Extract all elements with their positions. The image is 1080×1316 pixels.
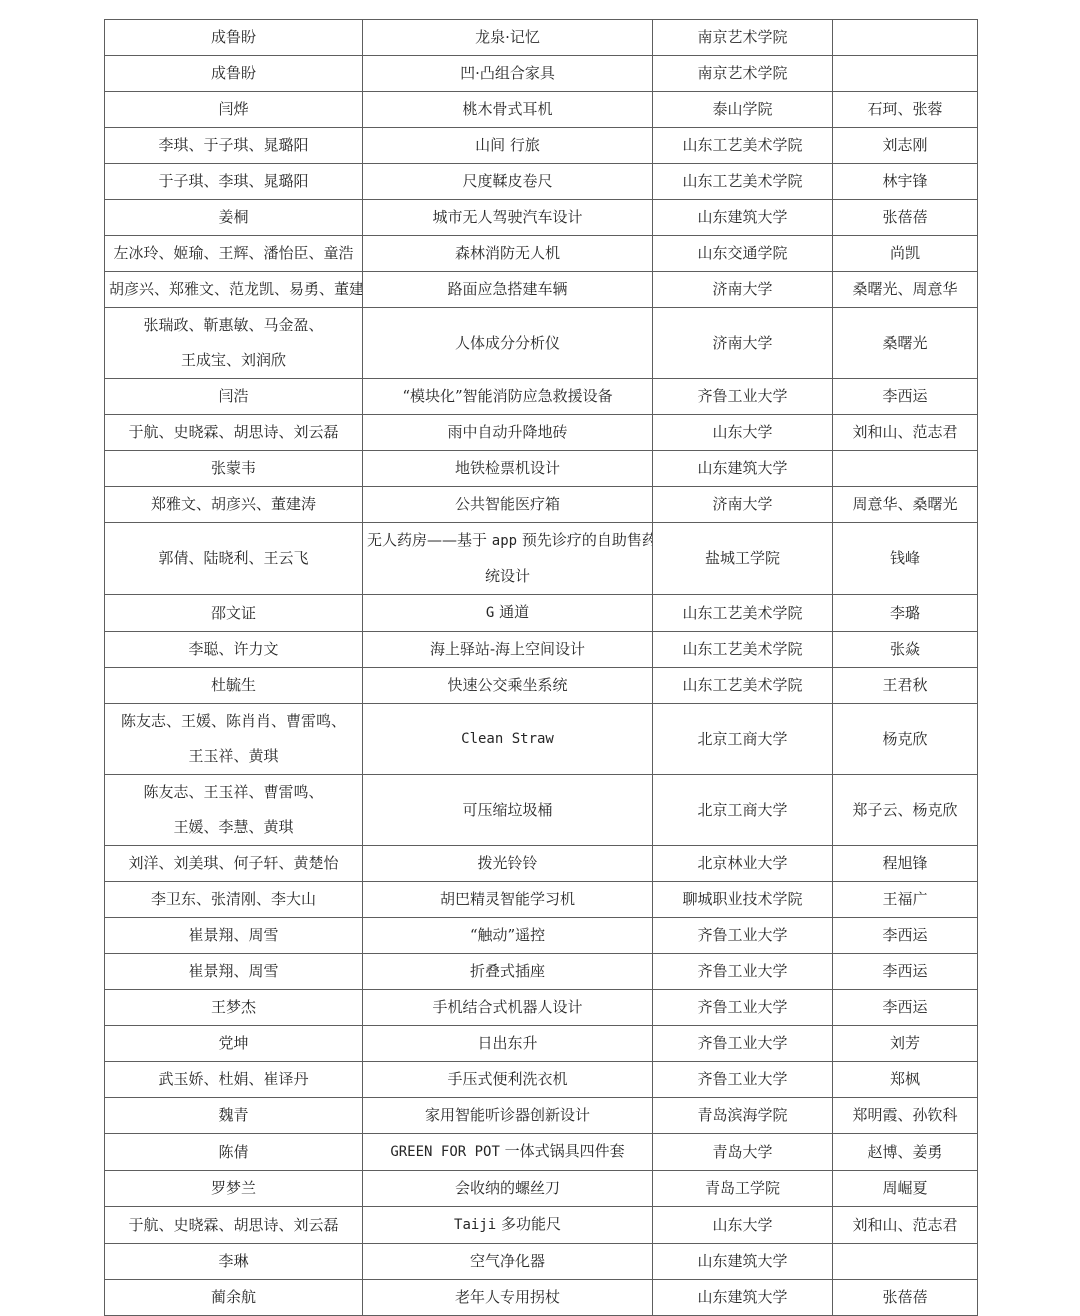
cell-text-line: 尚凯	[837, 236, 973, 271]
work-title-cell: Clean Straw	[363, 704, 653, 775]
cell-text-line: 齐鲁工业大学	[657, 954, 828, 989]
cell-text-line: 林宇锋	[837, 164, 973, 199]
cell-text-line: 可压缩垃圾桶	[367, 793, 648, 828]
cell-text-line: 海上驿站-海上空间设计	[367, 632, 648, 667]
cell-text-line: 聊城职业技术学院	[657, 882, 828, 917]
work-title-cell: 路面应急搭建车辆	[363, 272, 653, 308]
cell-text-line: 南京艺术学院	[657, 56, 828, 91]
cell-text-line: 无人药房——基于 app 预先诊疗的自助售药系	[367, 523, 648, 559]
school-cell: 齐鲁工业大学	[653, 954, 833, 990]
table-row: 胡彦兴、郑雅文、范龙凯、易勇、董建涛路面应急搭建车辆济南大学桑曙光、周意华	[105, 272, 978, 308]
cell-text-line: “模块化”智能消防应急救援设备	[367, 379, 648, 414]
work-title-cell: 城市无人驾驶汽车设计	[363, 200, 653, 236]
school-cell: 齐鲁工业大学	[653, 379, 833, 415]
work-title-cell: 会收纳的螺丝刀	[363, 1171, 653, 1207]
table-row: 成鲁盼凹·凸组合家具南京艺术学院	[105, 56, 978, 92]
table-row: 陈友志、王玉祥、曹雷鸣、王媛、李慧、黄琪可压缩垃圾桶北京工商大学郑子云、杨克欣	[105, 775, 978, 846]
cell-text-line: 凹·凸组合家具	[367, 56, 648, 91]
advisor-cell	[833, 56, 978, 92]
advisor-cell	[833, 451, 978, 487]
cell-text-line: Clean Straw	[367, 721, 648, 757]
advisor-cell: 刘芳	[833, 1026, 978, 1062]
cell-text-line: 李西运	[837, 990, 973, 1025]
cell-text-line: 北京林业大学	[657, 846, 828, 881]
cell-text-line: 李琳	[109, 1244, 358, 1279]
participants-cell: 郑雅文、胡彦兴、董建涛	[105, 487, 363, 523]
cell-text-line: 于航、史晓霖、胡思诗、刘云磊	[109, 1208, 358, 1243]
cell-text-line: Taiji 多功能尺	[367, 1207, 648, 1243]
advisor-cell: 王福广	[833, 882, 978, 918]
participants-cell: 左冰玲、姬瑜、王辉、潘怡臣、童浩	[105, 236, 363, 272]
school-cell: 齐鲁工业大学	[653, 1062, 833, 1098]
cell-text-line: 张蓓蓓	[837, 200, 973, 235]
cell-text-line: 青岛大学	[657, 1135, 828, 1170]
participants-cell: 李琳	[105, 1244, 363, 1280]
table-row: 崔景翔、周雪“触动”遥控齐鲁工业大学李西运	[105, 918, 978, 954]
table-row: 姜桐城市无人驾驶汽车设计山东建筑大学张蓓蓓	[105, 200, 978, 236]
cell-text-line: 闫烨	[109, 92, 358, 127]
cell-text-line: 李西运	[837, 379, 973, 414]
participants-cell: 崔景翔、周雪	[105, 954, 363, 990]
school-cell: 山东建筑大学	[653, 451, 833, 487]
cell-text-line: 山东大学	[657, 415, 828, 450]
cell-text-line: 齐鲁工业大学	[657, 379, 828, 414]
cell-text-line: 山东工艺美术学院	[657, 632, 828, 667]
school-cell: 北京工商大学	[653, 775, 833, 846]
cell-text-line: 罗梦兰	[109, 1171, 358, 1206]
cell-text-line: 快速公交乘坐系统	[367, 668, 648, 703]
cell-text-line	[837, 1244, 973, 1279]
participants-cell: 张瑞政、靳惠敏、马金盈、王成宝、刘润欣	[105, 308, 363, 379]
work-title-cell: 胡巴精灵智能学习机	[363, 882, 653, 918]
work-title-cell: 可压缩垃圾桶	[363, 775, 653, 846]
school-cell: 山东工艺美术学院	[653, 632, 833, 668]
cell-text-line: 山东交通学院	[657, 236, 828, 271]
school-cell: 盐城工学院	[653, 523, 833, 595]
school-cell: 山东大学	[653, 415, 833, 451]
advisor-cell: 杨克欣	[833, 704, 978, 775]
work-title-cell: 快速公交乘坐系统	[363, 668, 653, 704]
cell-text-line: 山东工艺美术学院	[657, 128, 828, 163]
advisor-cell: 李西运	[833, 990, 978, 1026]
participants-cell: 武玉娇、杜娟、崔译丹	[105, 1062, 363, 1098]
cell-text-line: 王君秋	[837, 668, 973, 703]
participants-cell: 刘洋、刘美琪、何子轩、黄楚怡	[105, 846, 363, 882]
cell-text-line: 崔景翔、周雪	[109, 918, 358, 953]
cell-text-line: 南京艺术学院	[657, 20, 828, 55]
cell-text-line: 于子琪、李琪、晁璐阳	[109, 164, 358, 199]
advisor-cell: 刘志刚	[833, 128, 978, 164]
participants-cell: 胡彦兴、郑雅文、范龙凯、易勇、董建涛	[105, 272, 363, 308]
participants-cell: 闫烨	[105, 92, 363, 128]
cell-text-line: 陈倩	[109, 1135, 358, 1170]
cell-text-line: 党坤	[109, 1026, 358, 1061]
cell-text-line: 山东工艺美术学院	[657, 668, 828, 703]
table-row: 张蒙韦地铁检票机设计山东建筑大学	[105, 451, 978, 487]
advisor-cell: 周崛夏	[833, 1171, 978, 1207]
advisor-cell: 张蓓蓓	[833, 1280, 978, 1316]
cell-text-line: 齐鲁工业大学	[657, 1062, 828, 1097]
advisor-cell: 郑子云、杨克欣	[833, 775, 978, 846]
work-title-cell: 森林消防无人机	[363, 236, 653, 272]
table-row: 闫浩“模块化”智能消防应急救援设备齐鲁工业大学李西运	[105, 379, 978, 415]
advisor-cell	[833, 1244, 978, 1280]
advisor-cell: 李西运	[833, 954, 978, 990]
cell-text-line: 齐鲁工业大学	[657, 918, 828, 953]
cell-text-line: 程旭锋	[837, 846, 973, 881]
school-cell: 青岛大学	[653, 1134, 833, 1171]
cell-text-line: 胡巴精灵智能学习机	[367, 882, 648, 917]
school-cell: 青岛工学院	[653, 1171, 833, 1207]
cell-text-line: 周崛夏	[837, 1171, 973, 1206]
work-title-cell: 家用智能听诊器创新设计	[363, 1098, 653, 1134]
document-page: 成鲁盼龙泉·记忆南京艺术学院 成鲁盼凹·凸组合家具南京艺术学院 闫烨桃木骨式耳机…	[0, 0, 1080, 1288]
participants-cell: 于子琪、李琪、晁璐阳	[105, 164, 363, 200]
table-row: 武玉娇、杜娟、崔译丹手压式便利洗衣机齐鲁工业大学郑枫	[105, 1062, 978, 1098]
cell-text-line: 钱峰	[837, 541, 973, 576]
participants-cell: 张蒙韦	[105, 451, 363, 487]
cell-text-line: 山东建筑大学	[657, 1280, 828, 1315]
cell-text-line	[837, 451, 973, 486]
participants-cell: 陈友志、王玉祥、曹雷鸣、王媛、李慧、黄琪	[105, 775, 363, 846]
advisor-cell: 林宇锋	[833, 164, 978, 200]
table-row: 郭倩、陆晓利、王云飞无人药房——基于 app 预先诊疗的自助售药系统设计盐城工学…	[105, 523, 978, 595]
school-cell: 山东建筑大学	[653, 1280, 833, 1316]
cell-text-line: 山东建筑大学	[657, 200, 828, 235]
advisor-cell: 张焱	[833, 632, 978, 668]
cell-text-line: 左冰玲、姬瑜、王辉、潘怡臣、童浩	[109, 236, 358, 271]
advisor-cell: 桑曙光	[833, 308, 978, 379]
cell-text-line: 张瑞政、靳惠敏、马金盈、	[109, 308, 358, 343]
cell-text-line: 统设计	[367, 559, 648, 594]
school-cell: 齐鲁工业大学	[653, 990, 833, 1026]
cell-text-line: 盐城工学院	[657, 541, 828, 576]
cell-text-line: G 通道	[367, 595, 648, 631]
cell-text-line: 张蒙韦	[109, 451, 358, 486]
work-title-cell: 桃木骨式耳机	[363, 92, 653, 128]
table-row: 魏青家用智能听诊器创新设计青岛滨海学院郑明霞、孙钦科	[105, 1098, 978, 1134]
cell-text-line: 陈友志、王玉祥、曹雷鸣、	[109, 775, 358, 810]
cell-text-line: 手压式便利洗衣机	[367, 1062, 648, 1097]
cell-text-line: 李聪、许力文	[109, 632, 358, 667]
participants-cell: 杜毓生	[105, 668, 363, 704]
cell-text-line: 龙泉·记忆	[367, 20, 648, 55]
work-title-cell: 龙泉·记忆	[363, 20, 653, 56]
cell-text-line: 刘和山、范志君	[837, 415, 973, 450]
cell-text-line: 家用智能听诊器创新设计	[367, 1098, 648, 1133]
work-title-cell: 凹·凸组合家具	[363, 56, 653, 92]
cell-text-line: 路面应急搭建车辆	[367, 272, 648, 307]
school-cell: 南京艺术学院	[653, 20, 833, 56]
cell-text-line: 拨光铃铃	[367, 846, 648, 881]
cell-text-line: 泰山学院	[657, 92, 828, 127]
cell-text-line: 山东工艺美术学院	[657, 596, 828, 631]
school-cell: 北京工商大学	[653, 704, 833, 775]
table-row: 李聪、许力文海上驿站-海上空间设计山东工艺美术学院张焱	[105, 632, 978, 668]
work-title-cell: 手压式便利洗衣机	[363, 1062, 653, 1098]
cell-text-line	[837, 20, 973, 55]
work-title-cell: 地铁检票机设计	[363, 451, 653, 487]
cell-text-line: 张蓓蓓	[837, 1280, 973, 1315]
cell-text-line: 周意华、桑曙光	[837, 487, 973, 522]
cell-text-line: 桑曙光、周意华	[837, 272, 973, 307]
advisor-cell: 钱峰	[833, 523, 978, 595]
advisor-cell: 尚凯	[833, 236, 978, 272]
cell-text-line: 地铁检票机设计	[367, 451, 648, 486]
table-row: 闫烨桃木骨式耳机泰山学院石珂、张蓉	[105, 92, 978, 128]
table-row: 崔景翔、周雪折叠式插座齐鲁工业大学李西运	[105, 954, 978, 990]
work-title-cell: 海上驿站-海上空间设计	[363, 632, 653, 668]
participants-cell: 郭倩、陆晓利、王云飞	[105, 523, 363, 595]
advisor-cell: 李西运	[833, 379, 978, 415]
cell-text-line: 李璐	[837, 596, 973, 631]
advisor-cell: 刘和山、范志君	[833, 1207, 978, 1244]
cell-text-line: “触动”遥控	[367, 918, 648, 953]
table-body: 成鲁盼龙泉·记忆南京艺术学院 成鲁盼凹·凸组合家具南京艺术学院 闫烨桃木骨式耳机…	[105, 20, 978, 1316]
participants-cell: 王梦杰	[105, 990, 363, 1026]
work-title-cell: 拨光铃铃	[363, 846, 653, 882]
cell-text-line: 李琪、于子琪、晁璐阳	[109, 128, 358, 163]
school-cell: 泰山学院	[653, 92, 833, 128]
cell-text-line: 刘洋、刘美琪、何子轩、黄楚怡	[109, 846, 358, 881]
cell-text-line: 桑曙光	[837, 326, 973, 361]
cell-text-line: 郑明霞、孙钦科	[837, 1098, 973, 1133]
school-cell: 山东工艺美术学院	[653, 668, 833, 704]
advisor-cell: 周意华、桑曙光	[833, 487, 978, 523]
advisor-cell: 李西运	[833, 918, 978, 954]
table-row: 于航、史晓霖、胡思诗、刘云磊Taiji 多功能尺山东大学刘和山、范志君	[105, 1207, 978, 1244]
table-row: 张瑞政、靳惠敏、马金盈、王成宝、刘润欣人体成分分析仪济南大学桑曙光	[105, 308, 978, 379]
school-cell: 山东大学	[653, 1207, 833, 1244]
cell-text-line: 森林消防无人机	[367, 236, 648, 271]
school-cell: 山东交通学院	[653, 236, 833, 272]
cell-text-line: 齐鲁工业大学	[657, 990, 828, 1025]
work-title-cell: Taiji 多功能尺	[363, 1207, 653, 1244]
cell-text-line: 李卫东、张清刚、李大山	[109, 882, 358, 917]
cell-text-line: 济南大学	[657, 487, 828, 522]
advisor-cell: 程旭锋	[833, 846, 978, 882]
advisor-cell: 郑明霞、孙钦科	[833, 1098, 978, 1134]
cell-text-line: 郑子云、杨克欣	[837, 793, 973, 828]
cell-text-line: 山东大学	[657, 1208, 828, 1243]
work-title-cell: 手机结合式机器人设计	[363, 990, 653, 1026]
cell-text-line: 王成宝、刘润欣	[109, 343, 358, 378]
cell-text-line: 齐鲁工业大学	[657, 1026, 828, 1061]
cell-text-line: 日出东升	[367, 1026, 648, 1061]
advisor-cell: 张蓓蓓	[833, 200, 978, 236]
cell-text-line: 雨中自动升降地砖	[367, 415, 648, 450]
cell-text-line: 王媛、李慧、黄琪	[109, 810, 358, 845]
cell-text-line: 郑枫	[837, 1062, 973, 1097]
participants-cell: 姜桐	[105, 200, 363, 236]
work-title-cell: GREEN FOR POT 一体式锅具四件套	[363, 1134, 653, 1171]
advisor-cell: 李璐	[833, 595, 978, 632]
participants-cell: 陈友志、王媛、陈肖肖、曹雷鸣、王玉祥、黄琪	[105, 704, 363, 775]
school-cell: 山东建筑大学	[653, 1244, 833, 1280]
table-row: 成鲁盼龙泉·记忆南京艺术学院	[105, 20, 978, 56]
cell-text-line: 手机结合式机器人设计	[367, 990, 648, 1025]
participants-cell: 罗梦兰	[105, 1171, 363, 1207]
cell-text-line: 刘和山、范志君	[837, 1208, 973, 1243]
table-row: 于子琪、李琪、晁璐阳尺度鞣皮卷尺山东工艺美术学院林宇锋	[105, 164, 978, 200]
participants-cell: 闫浩	[105, 379, 363, 415]
cell-text-line: 刘志刚	[837, 128, 973, 163]
work-title-cell: “模块化”智能消防应急救援设备	[363, 379, 653, 415]
work-title-cell: 雨中自动升降地砖	[363, 415, 653, 451]
table-row: 蔺余航老年人专用拐杖山东建筑大学张蓓蓓	[105, 1280, 978, 1316]
school-cell: 济南大学	[653, 487, 833, 523]
cell-text-line: 成鲁盼	[109, 56, 358, 91]
table-row: 陈倩GREEN FOR POT 一体式锅具四件套青岛大学赵博、姜勇	[105, 1134, 978, 1171]
work-title-cell: G 通道	[363, 595, 653, 632]
table-row: 王梦杰手机结合式机器人设计齐鲁工业大学李西运	[105, 990, 978, 1026]
school-cell: 山东工艺美术学院	[653, 164, 833, 200]
cell-text-line: 崔景翔、周雪	[109, 954, 358, 989]
work-title-cell: 人体成分分析仪	[363, 308, 653, 379]
table-row: 陈友志、王媛、陈肖肖、曹雷鸣、王玉祥、黄琪Clean Straw北京工商大学杨克…	[105, 704, 978, 775]
participants-cell: 崔景翔、周雪	[105, 918, 363, 954]
cell-text-line: 杨克欣	[837, 722, 973, 757]
school-cell: 山东建筑大学	[653, 200, 833, 236]
work-title-cell: 折叠式插座	[363, 954, 653, 990]
school-cell: 聊城职业技术学院	[653, 882, 833, 918]
participants-cell: 邵文证	[105, 595, 363, 632]
cell-text-line: 济南大学	[657, 326, 828, 361]
cell-text-line: 山东建筑大学	[657, 451, 828, 486]
cell-text-line: 赵博、姜勇	[837, 1135, 973, 1170]
table-row: 刘洋、刘美琪、何子轩、黄楚怡拨光铃铃北京林业大学程旭锋	[105, 846, 978, 882]
cell-text-line: 胡彦兴、郑雅文、范龙凯、易勇、董建涛	[109, 272, 358, 307]
participants-cell: 于航、史晓霖、胡思诗、刘云磊	[105, 1207, 363, 1244]
cell-text-line: GREEN FOR POT 一体式锅具四件套	[367, 1134, 648, 1170]
cell-text-line: 老年人专用拐杖	[367, 1280, 648, 1315]
cell-text-line: 杜毓生	[109, 668, 358, 703]
school-cell: 青岛滨海学院	[653, 1098, 833, 1134]
school-cell: 南京艺术学院	[653, 56, 833, 92]
work-title-cell: 日出东升	[363, 1026, 653, 1062]
participants-cell: 李聪、许力文	[105, 632, 363, 668]
work-title-cell: 无人药房——基于 app 预先诊疗的自助售药系统设计	[363, 523, 653, 595]
table-row: 李卫东、张清刚、李大山胡巴精灵智能学习机聊城职业技术学院王福广	[105, 882, 978, 918]
cell-text-line: 山东工艺美术学院	[657, 164, 828, 199]
cell-text-line: 公共智能医疗箱	[367, 487, 648, 522]
work-title-cell: “触动”遥控	[363, 918, 653, 954]
advisor-cell: 赵博、姜勇	[833, 1134, 978, 1171]
cell-text-line: 北京工商大学	[657, 722, 828, 757]
advisor-cell: 刘和山、范志君	[833, 415, 978, 451]
work-title-cell: 老年人专用拐杖	[363, 1280, 653, 1316]
cell-text-line: 空气净化器	[367, 1244, 648, 1279]
participants-cell: 陈倩	[105, 1134, 363, 1171]
school-cell: 山东工艺美术学院	[653, 128, 833, 164]
cell-text-line: 石珂、张蓉	[837, 92, 973, 127]
participants-cell: 成鲁盼	[105, 56, 363, 92]
school-cell: 齐鲁工业大学	[653, 1026, 833, 1062]
table-row: 李琪、于子琪、晁璐阳山间 行旅山东工艺美术学院刘志刚	[105, 128, 978, 164]
participants-cell: 李琪、于子琪、晁璐阳	[105, 128, 363, 164]
cell-text-line: 于航、史晓霖、胡思诗、刘云磊	[109, 415, 358, 450]
cell-text-line: 郭倩、陆晓利、王云飞	[109, 541, 358, 576]
work-title-cell: 空气净化器	[363, 1244, 653, 1280]
cell-text-line: 山间 行旅	[367, 128, 648, 163]
participants-cell: 于航、史晓霖、胡思诗、刘云磊	[105, 415, 363, 451]
cell-text-line: 济南大学	[657, 272, 828, 307]
cell-text-line: 人体成分分析仪	[367, 326, 648, 361]
cell-text-line: 城市无人驾驶汽车设计	[367, 200, 648, 235]
work-title-cell: 山间 行旅	[363, 128, 653, 164]
cell-text-line: 王梦杰	[109, 990, 358, 1025]
cell-text-line: 刘芳	[837, 1026, 973, 1061]
cell-text-line: 青岛工学院	[657, 1171, 828, 1206]
cell-text-line	[837, 56, 973, 91]
school-cell: 济南大学	[653, 272, 833, 308]
participants-cell: 成鲁盼	[105, 20, 363, 56]
cell-text-line: 王福广	[837, 882, 973, 917]
advisor-cell: 桑曙光、周意华	[833, 272, 978, 308]
cell-text-line: 成鲁盼	[109, 20, 358, 55]
school-cell: 山东工艺美术学院	[653, 595, 833, 632]
school-cell: 济南大学	[653, 308, 833, 379]
table-row: 罗梦兰会收纳的螺丝刀青岛工学院周崛夏	[105, 1171, 978, 1207]
work-title-cell: 公共智能医疗箱	[363, 487, 653, 523]
table-row: 于航、史晓霖、胡思诗、刘云磊雨中自动升降地砖山东大学刘和山、范志君	[105, 415, 978, 451]
participants-cell: 蔺余航	[105, 1280, 363, 1316]
award-entries-table: 成鲁盼龙泉·记忆南京艺术学院 成鲁盼凹·凸组合家具南京艺术学院 闫烨桃木骨式耳机…	[104, 19, 978, 1316]
cell-text-line: 武玉娇、杜娟、崔译丹	[109, 1062, 358, 1097]
advisor-cell: 郑枫	[833, 1062, 978, 1098]
advisor-cell: 石珂、张蓉	[833, 92, 978, 128]
cell-text-line: 王玉祥、黄琪	[109, 739, 358, 774]
cell-text-line: 魏青	[109, 1098, 358, 1133]
cell-text-line: 郑雅文、胡彦兴、董建涛	[109, 487, 358, 522]
cell-text-line: 桃木骨式耳机	[367, 92, 648, 127]
cell-text-line: 张焱	[837, 632, 973, 667]
table-row: 邵文证G 通道山东工艺美术学院李璐	[105, 595, 978, 632]
cell-text-line: 山东建筑大学	[657, 1244, 828, 1279]
school-cell: 齐鲁工业大学	[653, 918, 833, 954]
cell-text-line: 折叠式插座	[367, 954, 648, 989]
advisor-cell: 王君秋	[833, 668, 978, 704]
participants-cell: 魏青	[105, 1098, 363, 1134]
work-title-cell: 尺度鞣皮卷尺	[363, 164, 653, 200]
cell-text-line: 李西运	[837, 918, 973, 953]
table-row: 杜毓生快速公交乘坐系统山东工艺美术学院王君秋	[105, 668, 978, 704]
cell-text-line: 尺度鞣皮卷尺	[367, 164, 648, 199]
cell-text-line: 邵文证	[109, 596, 358, 631]
cell-text-line: 姜桐	[109, 200, 358, 235]
cell-text-line: 北京工商大学	[657, 793, 828, 828]
table-row: 李琳空气净化器山东建筑大学	[105, 1244, 978, 1280]
advisor-cell	[833, 20, 978, 56]
participants-cell: 党坤	[105, 1026, 363, 1062]
cell-text-line: 蔺余航	[109, 1280, 358, 1315]
cell-text-line: 会收纳的螺丝刀	[367, 1171, 648, 1206]
cell-text-line: 闫浩	[109, 379, 358, 414]
table-row: 郑雅文、胡彦兴、董建涛公共智能医疗箱济南大学周意华、桑曙光	[105, 487, 978, 523]
school-cell: 北京林业大学	[653, 846, 833, 882]
participants-cell: 李卫东、张清刚、李大山	[105, 882, 363, 918]
table-row: 党坤日出东升齐鲁工业大学刘芳	[105, 1026, 978, 1062]
cell-text-line: 李西运	[837, 954, 973, 989]
cell-text-line: 陈友志、王媛、陈肖肖、曹雷鸣、	[109, 704, 358, 739]
cell-text-line: 青岛滨海学院	[657, 1098, 828, 1133]
table-row: 左冰玲、姬瑜、王辉、潘怡臣、童浩森林消防无人机山东交通学院尚凯	[105, 236, 978, 272]
